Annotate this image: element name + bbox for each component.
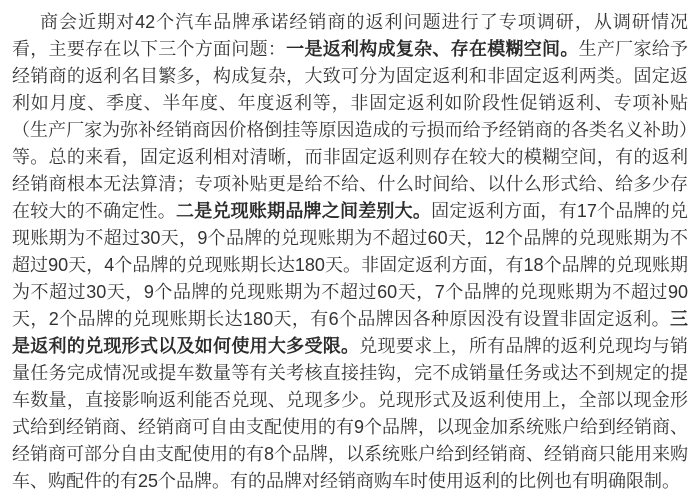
survey-report-paragraph: 商会近期对42个汽车品牌承诺经销商的返利问题进行了专项调研，从调研情况看，主要存…	[12, 9, 688, 495]
paragraph-heading-issue-2: 二是兑现账期品牌之间差别大。	[176, 201, 431, 221]
paragraph-segment-issue-3-detail: 兑现要求上，所有品牌的返利兑现均与销量任务完成情况或提车数量等有关考核直接挂钩，…	[12, 336, 688, 491]
document-page: 商会近期对42个汽车品牌承诺经销商的返利问题进行了专项调研，从调研情况看，主要存…	[0, 0, 700, 500]
paragraph-segment-issue-1-detail: 生产厂家给予经销商的返利名目繁多，构成复杂，大致可分为固定返利和非固定返利两类。…	[12, 39, 688, 221]
paragraph-heading-issue-1: 一是返利构成复杂、存在模糊空间。	[286, 39, 578, 59]
